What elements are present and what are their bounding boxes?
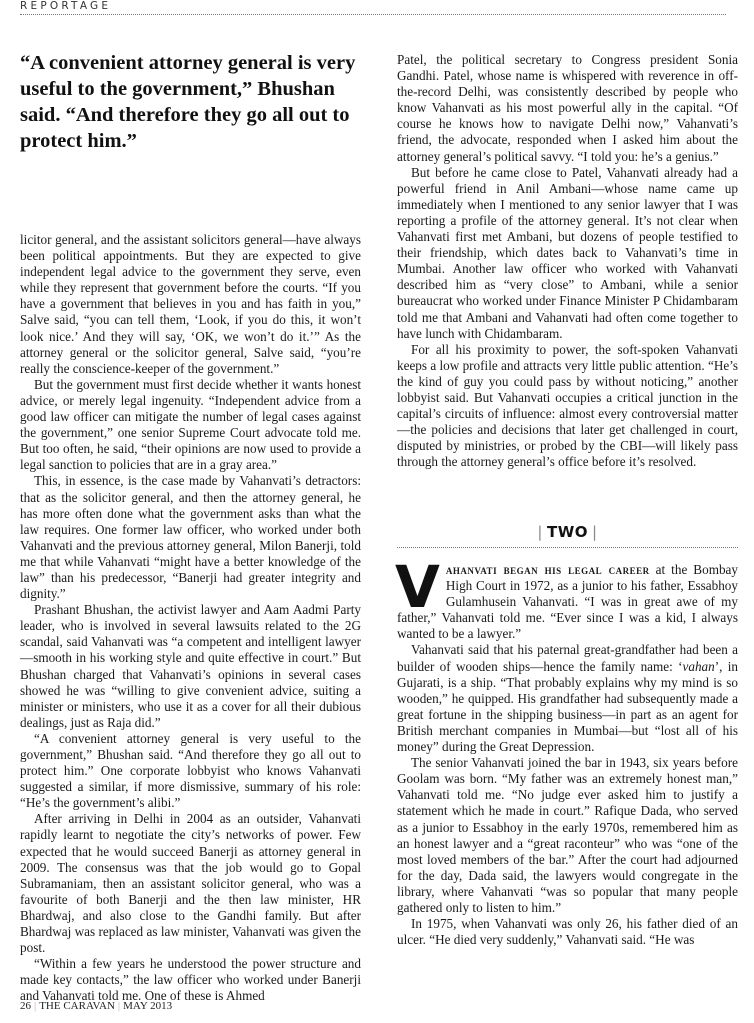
section-heading-text: TWO — [547, 523, 588, 541]
paragraph: The senior Vahanvati joined the bar in 1… — [397, 755, 738, 916]
publication-name: THE CARAVAN — [39, 1000, 115, 1012]
top-dotted-rule — [20, 14, 726, 15]
paragraph: But before he came close to Patel, Vahan… — [397, 165, 738, 342]
issue-date: MAY 2013 — [123, 1000, 172, 1012]
section-dotted-rule — [397, 547, 738, 548]
paragraph: Vahanvati said that his paternal great-g… — [397, 642, 738, 755]
paragraph: In 1975, when Vahanvati was only 26, his… — [397, 916, 738, 948]
paragraph: “A convenient attorney general is very u… — [20, 731, 361, 811]
section-heading: |TWO| — [397, 523, 738, 541]
footer-separator: | — [34, 1000, 36, 1012]
lead-smallcaps: ahanvati began his legal career — [446, 562, 650, 577]
italic-word: vahan — [683, 659, 715, 674]
paragraph: After arriving in Delhi in 2004 as an ou… — [20, 811, 361, 956]
drop-cap: V — [395, 564, 440, 610]
pull-quote: “A convenient attorney general is very u… — [20, 50, 365, 154]
section-label: REPORTAGE — [20, 0, 111, 12]
left-column: licitor general, and the assistant solic… — [20, 232, 361, 1005]
page-number: 26 — [20, 1000, 31, 1012]
footer-separator: | — [118, 1000, 120, 1012]
right-column-bottom: Vahanvati began his legal career at the … — [397, 562, 738, 948]
paragraph: “Within a few years he understood the po… — [20, 956, 361, 1004]
heading-bar-right: | — [592, 523, 598, 541]
paragraph: For all his proximity to power, the soft… — [397, 342, 738, 471]
paragraph: Patel, the political secretary to Congre… — [397, 52, 738, 165]
heading-bar-left: | — [537, 523, 543, 541]
paragraph: This, in essence, is the case made by Va… — [20, 473, 361, 602]
lead-paragraph: Vahanvati began his legal career at the … — [397, 562, 738, 642]
right-column-top: Patel, the political secretary to Congre… — [397, 52, 738, 470]
paragraph: licitor general, and the assistant solic… — [20, 232, 361, 377]
paragraph: Prashant Bhushan, the activist lawyer an… — [20, 602, 361, 731]
page-footer: 26|THE CARAVAN|MAY 2013 — [20, 1000, 172, 1012]
paragraph: But the government must first decide whe… — [20, 377, 361, 474]
